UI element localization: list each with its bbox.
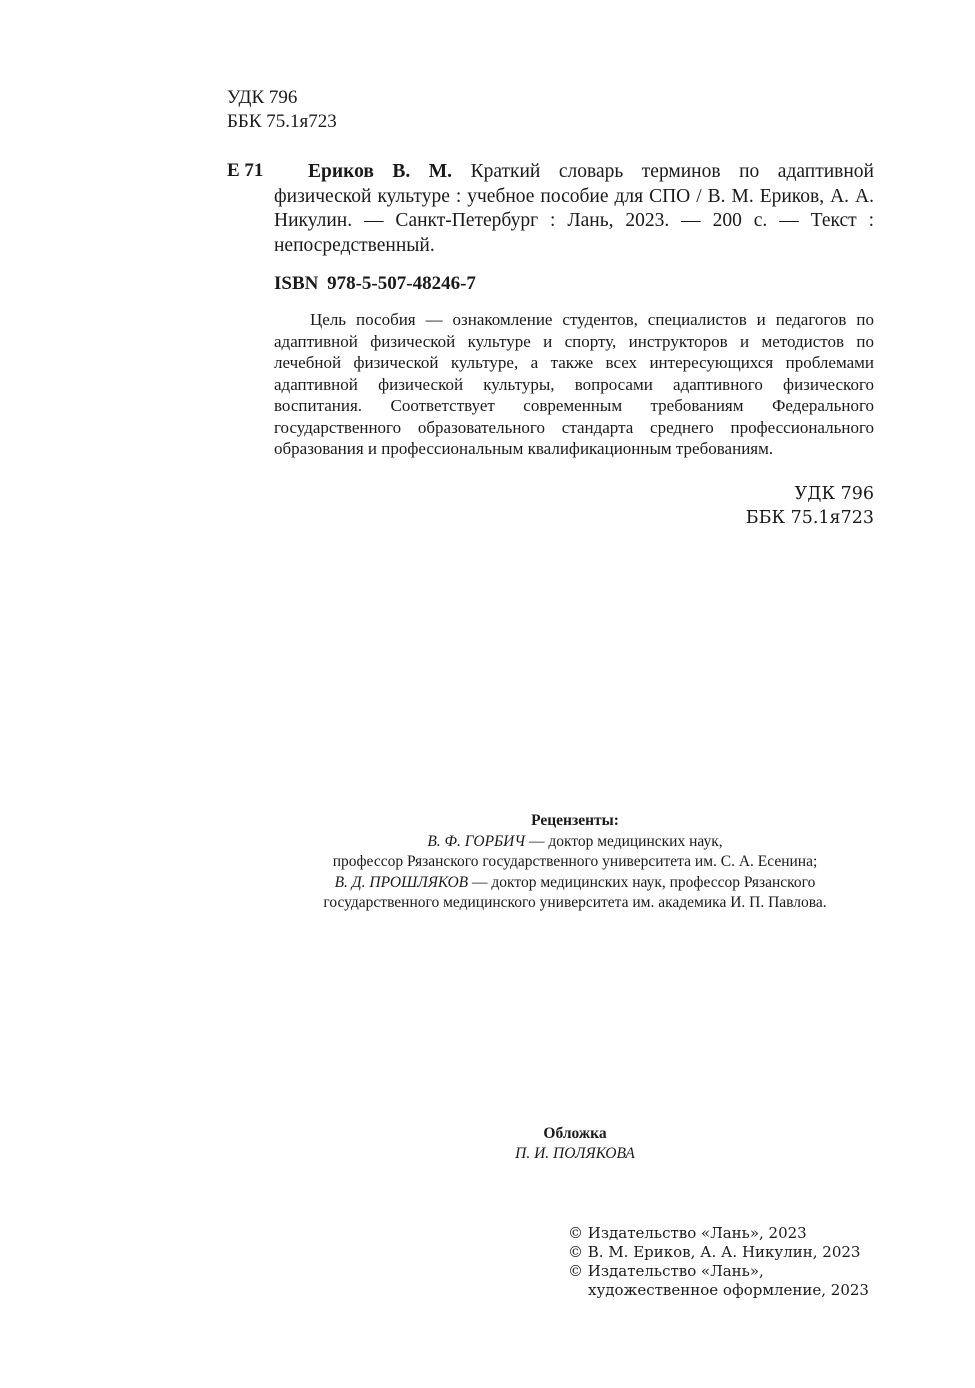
abstract: Цель пособия — ознакомление студентов, с… <box>274 309 874 460</box>
bbk-code: ББК 75.1я723 <box>227 110 337 134</box>
record-author: Ериков В. М. <box>308 161 452 182</box>
classification-bottom: УДК 796 ББК 75.1я723 <box>700 482 874 530</box>
classification-top: УДК 796 ББК 75.1я723 <box>227 86 337 134</box>
reviewer-1: В. Ф. ГОРБИЧ — доктор медицинских наук, <box>280 832 870 853</box>
reviewer-2: В. Д. ПРОШЛЯКОВ — доктор медицинских нау… <box>280 873 870 894</box>
reviewer-2-affiliation: государственного медицинского университе… <box>280 893 870 914</box>
copyright-line: © Издательство «Лань», 2023 <box>568 1224 869 1243</box>
author-mark: Е 71 <box>227 160 263 182</box>
bbk-code: ББК 75.1я723 <box>700 506 874 530</box>
udk-code: УДК 796 <box>700 482 874 506</box>
reviewer-desc: — доктор медицинских наук, <box>525 833 723 850</box>
reviewer-desc: — доктор медицинских наук, профессор Ряз… <box>468 874 815 891</box>
copyright-line: © В. М. Ериков, А. А. Никулин, 2023 <box>568 1243 869 1262</box>
cover-artist: П. И. ПОЛЯКОВА <box>490 1144 660 1164</box>
cover-title: Обложка <box>490 1124 660 1144</box>
reviewers-title: Рецензенты: <box>280 811 870 832</box>
copyright-line: © Издательство «Лань», <box>568 1262 869 1281</box>
reviewers-block: Рецензенты: В. Ф. ГОРБИЧ — доктор медици… <box>280 811 870 914</box>
cover-credit: Обложка П. И. ПОЛЯКОВА <box>490 1124 660 1164</box>
copyright-block: © Издательство «Лань», 2023 © В. М. Ерик… <box>568 1224 869 1300</box>
reviewer-1-affiliation: профессор Рязанского государственного ун… <box>280 852 870 873</box>
isbn: ISBN 978-5-507-48246-7 <box>274 273 476 295</box>
reviewer-name: В. Ф. ГОРБИЧ <box>427 833 525 850</box>
bibliographic-record: Ериков В. М. Краткий словарь терминов по… <box>274 160 874 258</box>
udk-code: УДК 796 <box>227 86 337 110</box>
copyright-line: художественное оформление, 2023 <box>568 1281 869 1300</box>
reviewer-name: В. Д. ПРОШЛЯКОВ <box>335 874 469 891</box>
